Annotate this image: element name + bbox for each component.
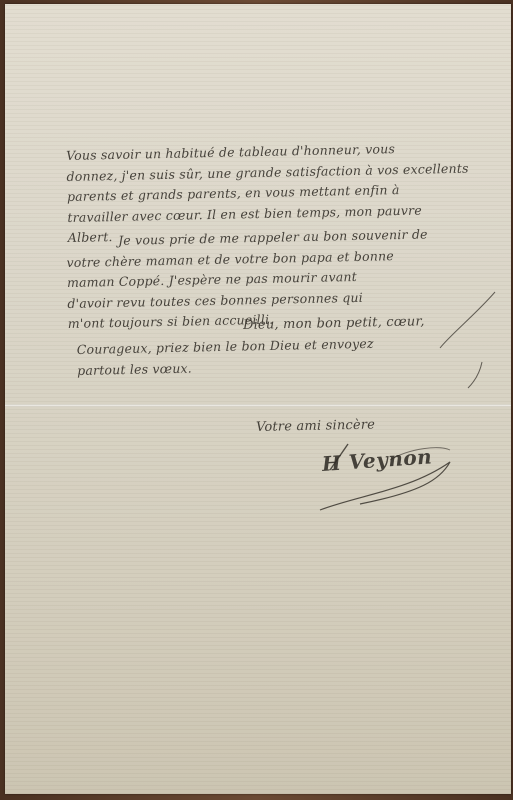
photo-background: Vous savoir un habitué de tableau d'honn… [0, 0, 513, 800]
closing-line: Votre ami sincère [256, 418, 375, 435]
paper-fold-line [5, 404, 511, 407]
margin-stroke-icon [420, 290, 500, 400]
postscript: Courageux, priez bien le bon Dieu et env… [77, 334, 375, 381]
